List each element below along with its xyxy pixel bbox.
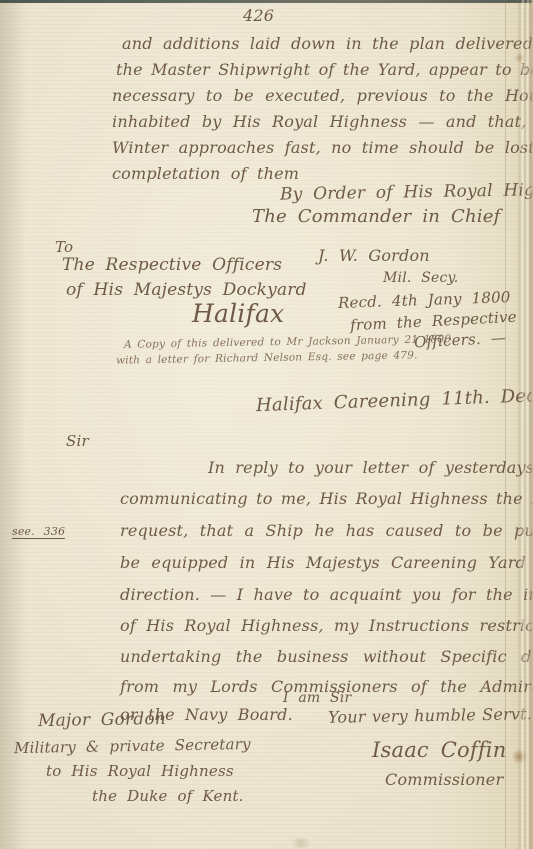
signature-title: Commissioner xyxy=(385,770,503,789)
address-line: of His Majestys Dockyard xyxy=(66,280,307,300)
letter-line: In reply to your letter of yesterdays da… xyxy=(208,458,533,477)
paragraph1-line: and additions laid down in the plan deli… xyxy=(122,34,533,53)
ink-stain xyxy=(512,748,527,765)
signature: Isaac Coffin xyxy=(372,738,506,762)
secretary-title: Mil. Secy. xyxy=(383,270,458,286)
paragraph1-line: inhabited by His Royal Highness — and th… xyxy=(112,112,533,131)
by-order-line: By Order of His Royal Highness xyxy=(280,179,533,204)
letter-dateline: Halifax Careening 11th. Decr. 1799 xyxy=(256,383,533,416)
smudge xyxy=(288,838,314,848)
edge-stain xyxy=(515,52,525,64)
copy-note-line: A Copy of this delivered to Mr Jackson J… xyxy=(124,333,451,351)
salutation: Sir xyxy=(66,432,89,450)
addressee-line: the Duke of Kent. xyxy=(92,787,244,805)
addressee-line: to His Royal Highness xyxy=(46,762,234,780)
binding-shadow xyxy=(0,0,26,849)
closing-line: I am Sir xyxy=(283,690,351,706)
copy-note-line: with a letter for Richard Nelson Esq. se… xyxy=(116,349,418,366)
paragraph1-line: the Master Shipwright of the Yard, appea… xyxy=(116,60,533,79)
page-number: 426 xyxy=(243,6,274,25)
paragraph1-line: necessary to be executed, previous to th… xyxy=(112,86,533,105)
secretary-signature: J. W. Gordon xyxy=(318,246,430,265)
address-place: Halifax xyxy=(192,299,284,328)
letter-line: request, that a Ship he has caused to be… xyxy=(120,521,533,540)
closing-line: Your very humble Servt. xyxy=(328,704,532,727)
address-line: The Respective Officers xyxy=(62,255,282,275)
letter-line: communicating to me, His Royal Highness … xyxy=(120,489,533,508)
margin-reference-note: see. 336 xyxy=(12,525,65,539)
letter-line: direction. — I have to acquaint you for … xyxy=(120,585,533,604)
manuscript-page: 426 and additions laid down in the plan … xyxy=(0,0,533,849)
paragraph1-line: completation of them xyxy=(112,164,299,183)
letter-line: of His Royal Highness, my Instructions r… xyxy=(120,616,533,635)
addressee-line: Major Gordon xyxy=(38,709,166,731)
address-to: To xyxy=(55,238,73,256)
addressee-line: Military & private Secretary xyxy=(14,735,251,757)
letter-line: undertaking the business without Specifi… xyxy=(120,647,533,666)
paragraph1-line: Winter approaches fast, no time should b… xyxy=(112,138,533,157)
commander-in-chief-line: The Commander in Chief xyxy=(252,206,500,227)
letter-line: be equipped in His Majestys Careening Ya… xyxy=(120,553,533,572)
